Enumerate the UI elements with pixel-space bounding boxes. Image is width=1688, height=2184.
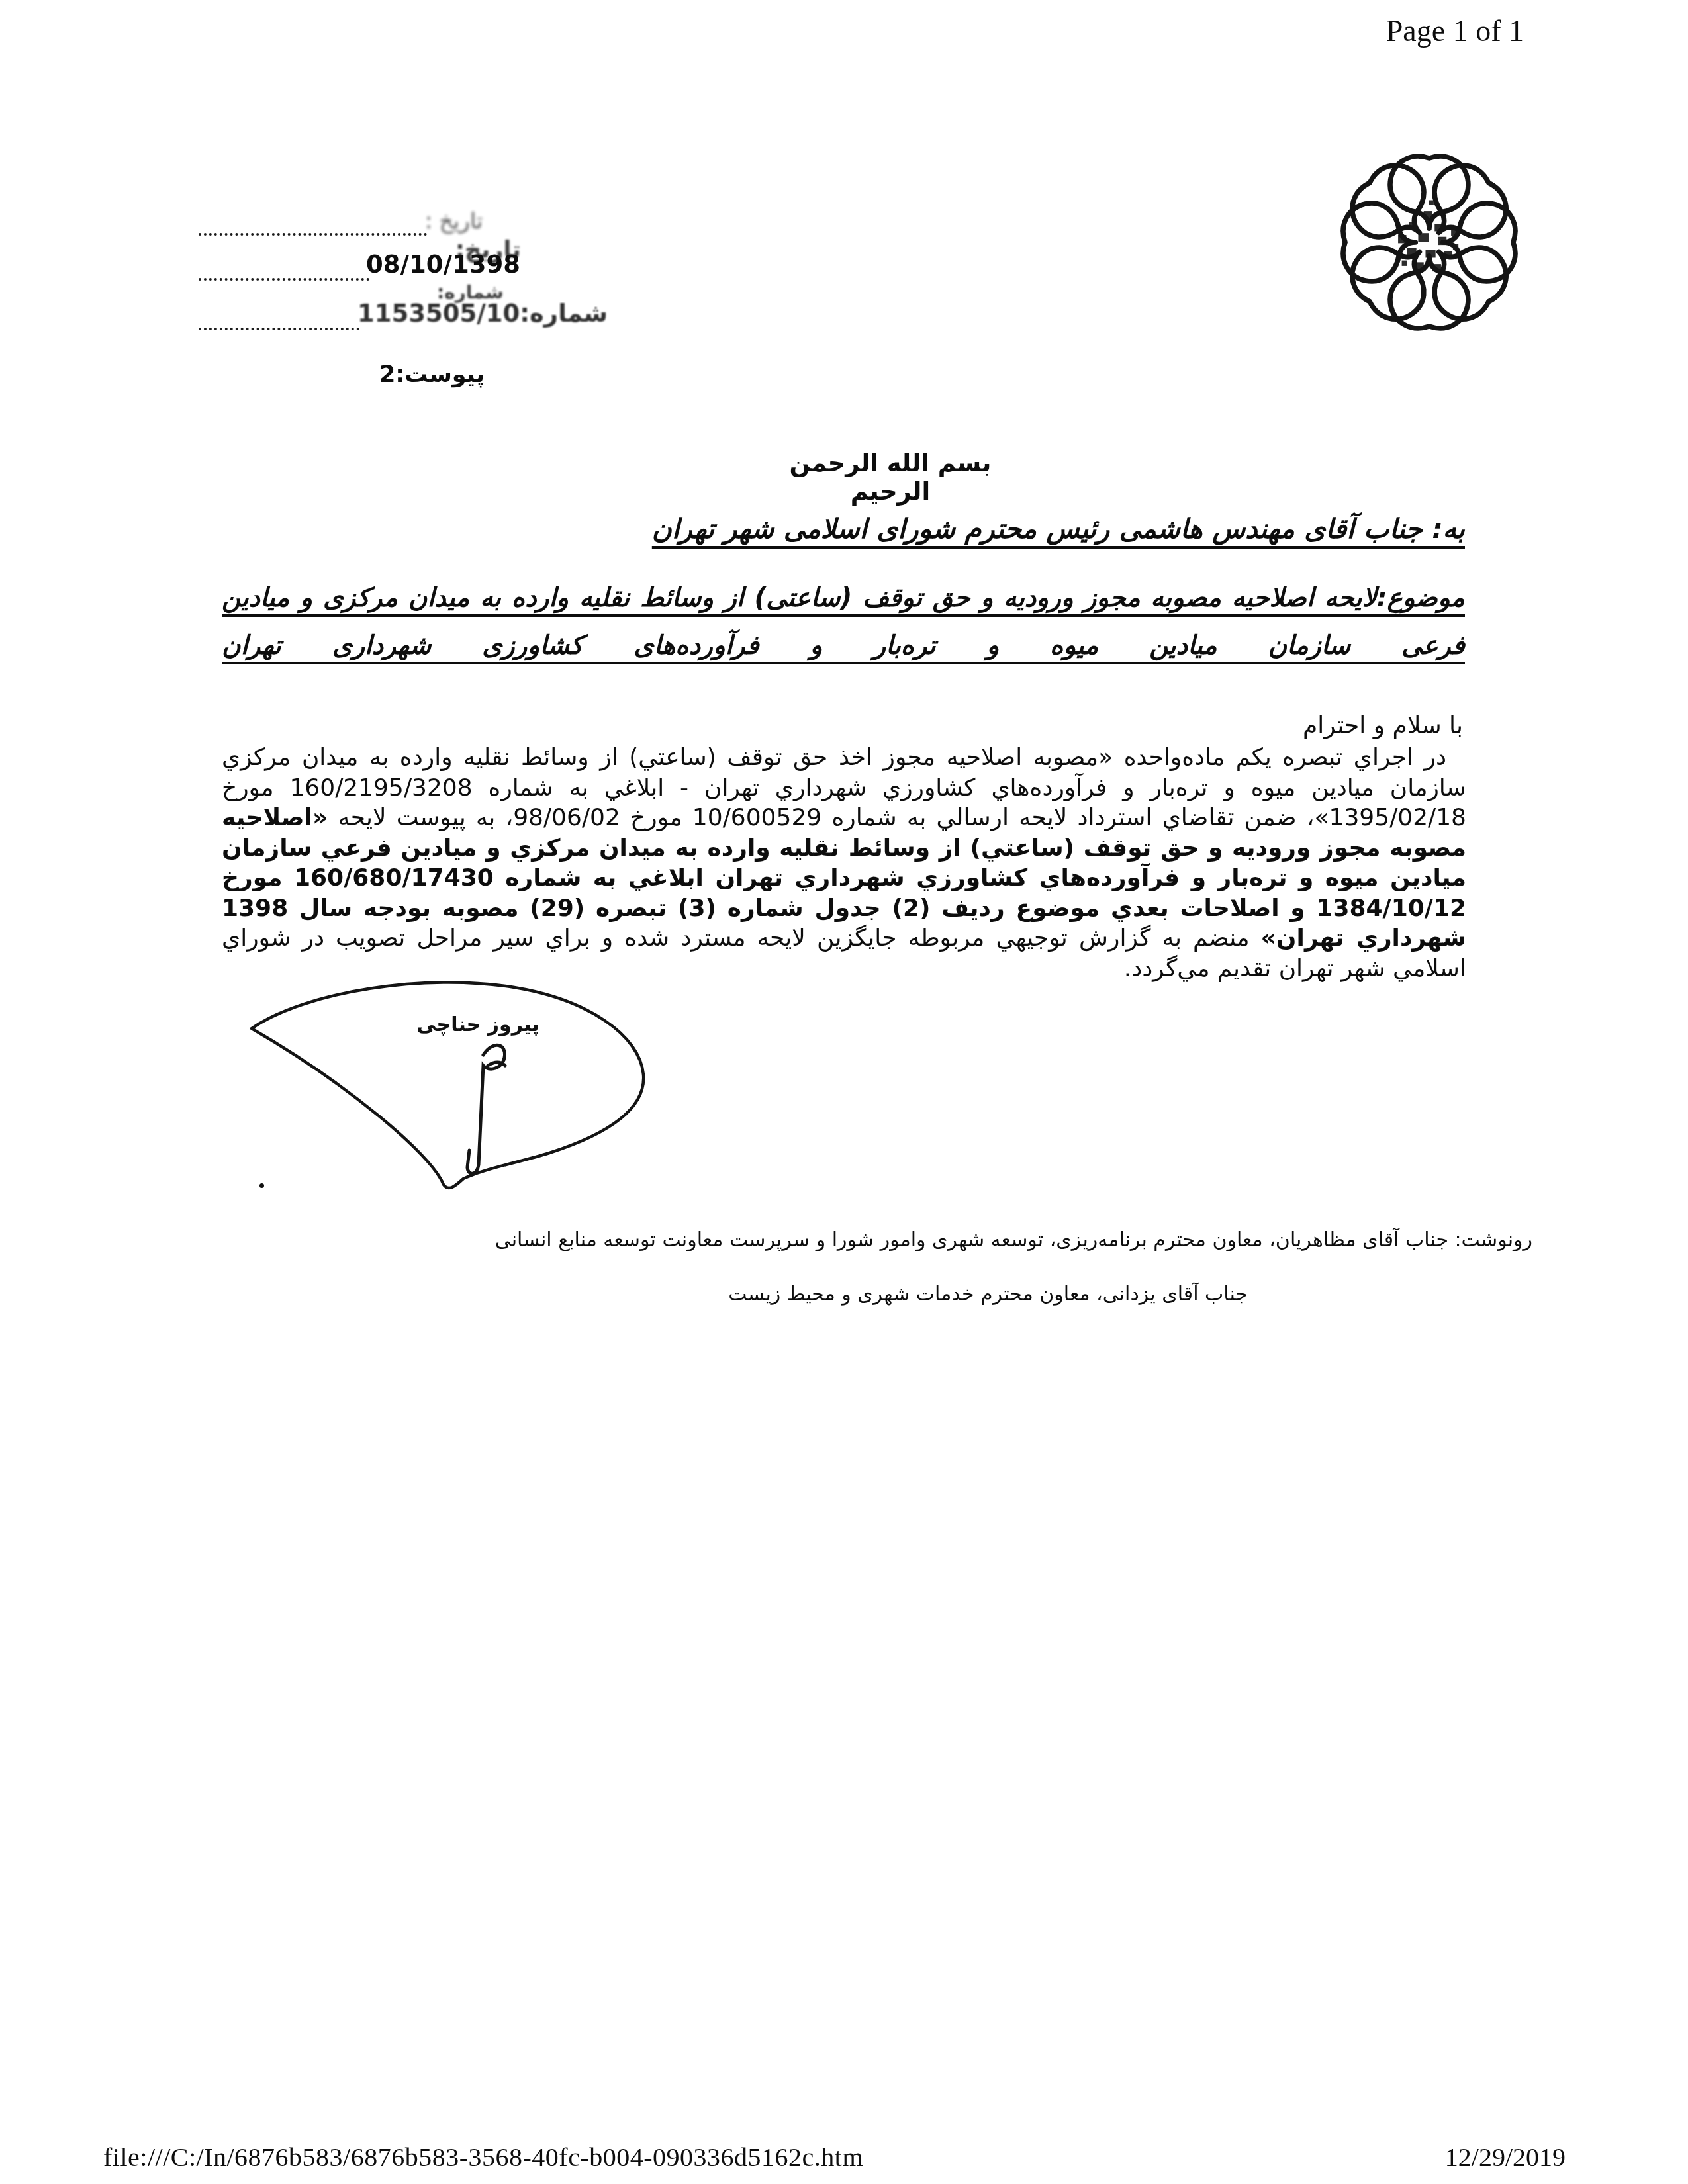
date-dotted-line-blank xyxy=(199,233,427,236)
number-value: 1153505/10 xyxy=(357,299,520,328)
cc-line-2: جناب آقای یزدانی، معاون محترم خدمات شهری… xyxy=(728,1283,1248,1306)
date-dotted-line xyxy=(199,278,369,281)
emblem-icon xyxy=(1314,151,1544,334)
attachment-row: پیوست:2 xyxy=(379,361,485,388)
cc-line-1: رونوشت: جناب آقای مظاهریان، معاون محترم … xyxy=(495,1228,1532,1251)
bismillah-line: بسم الله الرحمن الرحیم xyxy=(765,449,1016,506)
signature-squiggle xyxy=(467,1045,505,1173)
file-path-footer: file:///C:/In/6876b583/6876b583-3568-40f… xyxy=(103,2142,863,2173)
attachment-value: 2 xyxy=(379,361,395,388)
attachment-label: پیوست: xyxy=(395,361,485,388)
signature-block: پیروز حناچی xyxy=(233,977,660,1205)
number-row: شماره:1153505/10 xyxy=(357,299,608,328)
number-dotted-line xyxy=(199,328,359,330)
tehran-municipality-logo xyxy=(1314,151,1544,336)
date-value: 08/10/1398 xyxy=(366,250,520,279)
number-label: شماره: xyxy=(520,299,608,328)
print-date-footer: 12/29/2019 xyxy=(1445,2142,1566,2173)
page-number: Page 1 of 1 xyxy=(1386,13,1524,48)
letter-body-paragraph: در اجراي تبصره یکم ماده‌واحده «مصوبه اصل… xyxy=(222,743,1466,983)
salutation-line: با سلام و احترام xyxy=(1303,712,1463,739)
subject-line: موضوع:لایحه اصلاحیه مصوبه مجوز ورودیه و … xyxy=(222,574,1465,670)
scanned-letter-page: Page 1 of 1 xyxy=(0,0,1688,2184)
signatory-name: پیروز حناچی xyxy=(416,1013,539,1036)
signature-drawing: پیروز حناچی xyxy=(233,977,660,1202)
body-segment-normal: در اجراي تبصره یکم ماده‌واحده «مصوبه اصل… xyxy=(222,744,1466,831)
faded-date-label: تاریخ : xyxy=(425,208,483,234)
subject-text: موضوع:لایحه اصلاحیه مصوبه مجوز ورودیه و … xyxy=(222,583,1465,660)
stray-ink-dot xyxy=(259,1183,264,1188)
recipient-line: به: جناب آقای مهندس هاشمی رئیس محترم شور… xyxy=(652,513,1465,545)
